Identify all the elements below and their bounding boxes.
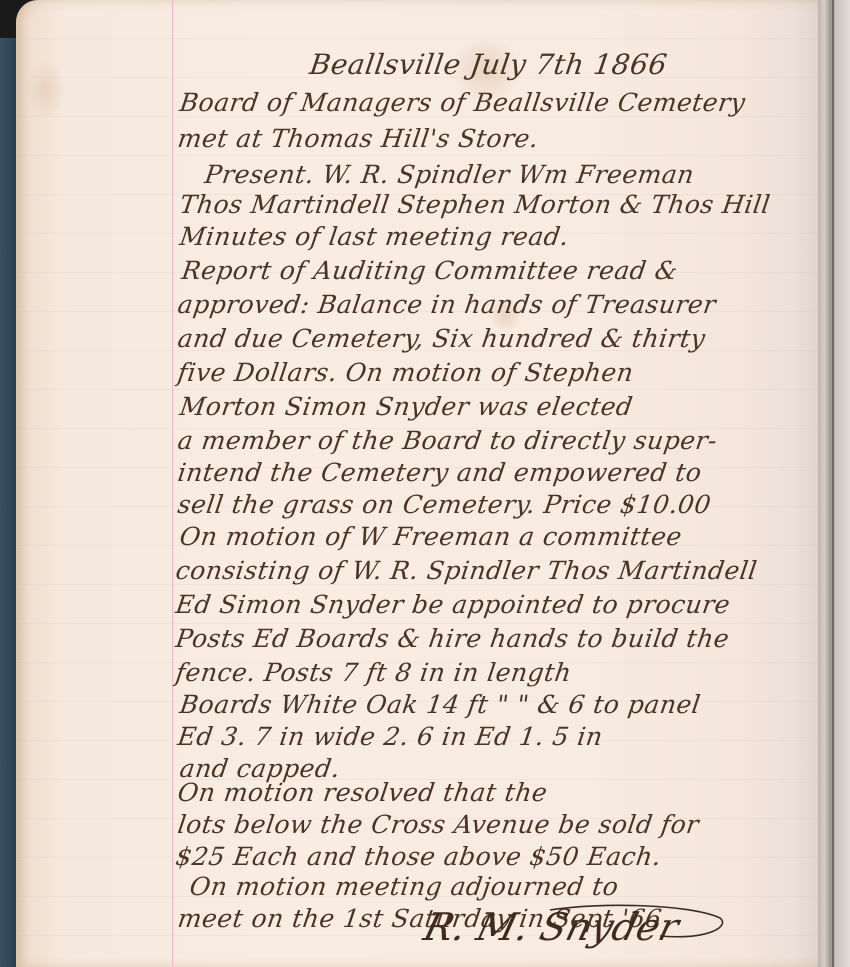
book-gutter — [818, 0, 850, 967]
text-line: and due Cemetery, Six hundred & thirty — [176, 324, 707, 353]
text-line: Present. W. R. Spindler Wm Freeman — [203, 160, 696, 189]
text-line: Posts Ed Boards & hire hands to build th… — [174, 624, 731, 653]
text-line: On motion of W Freeman a committee — [178, 522, 684, 551]
text-line: Minutes of last meeting read. — [178, 222, 571, 251]
text-line: Report of Auditing Committee read & — [180, 256, 680, 285]
text-line: Morton Simon Snyder was elected — [178, 392, 635, 421]
text-line: consisting of W. R. Spindler Thos Martin… — [174, 556, 759, 585]
text-line: a member of the Board to directly super- — [176, 426, 719, 455]
margin-rule — [172, 0, 173, 967]
text-line: Boards White Oak 14 ft " " & 6 to panel — [178, 690, 703, 719]
text-line: On motion meeting adjourned to — [188, 872, 621, 901]
text-line: lots below the Cross Avenue be sold for — [176, 810, 701, 839]
text-line: $25 Each and those above $50 Each. — [174, 842, 663, 871]
text-line: Board of Managers of Beallsville Cemeter… — [178, 88, 747, 117]
text-line: Thos Martindell Stephen Morton & Thos Hi… — [178, 190, 772, 219]
text-line: met at Thomas Hill's Store. — [176, 124, 541, 153]
gutter-edge — [832, 0, 834, 967]
text-line: approved: Balance in hands of Treasurer — [176, 290, 718, 319]
text-line: five Dollars. On motion of Stephen — [176, 358, 636, 387]
text-line: fence. Posts 7 ft 8 in in length — [174, 658, 574, 687]
heading-place-date: Beallsville July 7th 1866 — [308, 48, 670, 81]
text-line: intend the Cemetery and empowered to — [176, 458, 704, 487]
text-line: Ed Simon Snyder be appointed to procure — [174, 590, 732, 619]
text-line: sell the grass on Cemetery. Price $10.00 — [176, 490, 713, 519]
text-line: On motion resolved that the — [176, 778, 549, 807]
text-line: Ed 3. 7 in wide 2. 6 in Ed 1. 5 in — [176, 722, 605, 751]
signature-flourish-icon — [540, 900, 730, 950]
